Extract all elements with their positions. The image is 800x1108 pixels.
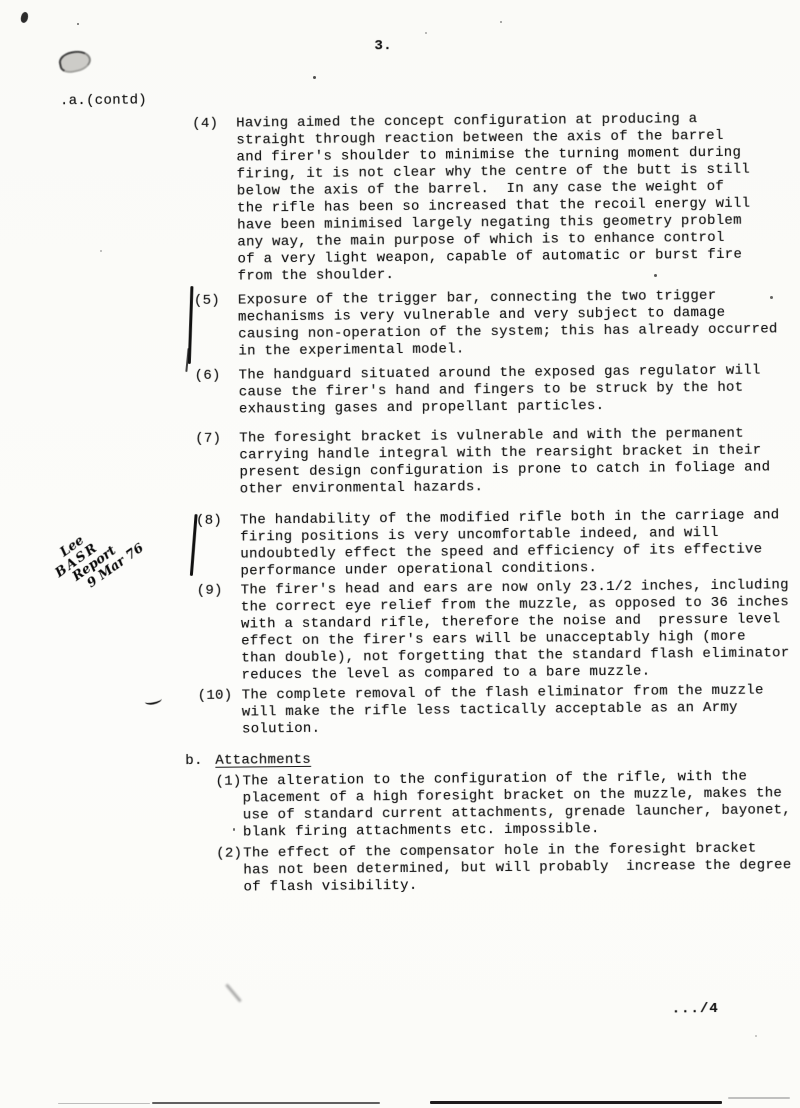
speckle: [313, 76, 316, 79]
paragraph-item-6: (6) The handguard situated around the ex…: [195, 363, 762, 419]
speckle: [654, 274, 657, 277]
speckle: [760, 581, 762, 583]
paragraph-item-7: (7) The foresight bracket is vulnerable …: [195, 425, 770, 499]
paragraph-item-b1: (1) The alteration to the configuration …: [215, 768, 791, 842]
scan-edge-line: [728, 1097, 790, 1099]
paragraph-item-9: (9) The firer's head and ears are now on…: [197, 577, 790, 685]
paragraph-text: The handguard situated around the expose…: [239, 363, 762, 419]
paragraph-number: (10): [198, 688, 242, 739]
scan-edge-line: [430, 1101, 722, 1104]
speckle: [233, 828, 235, 831]
scan-edge-line: [58, 1103, 150, 1104]
paragraph-number: (5): [194, 293, 239, 361]
paragraph-text: The firer's head and ears are now only 2…: [241, 577, 790, 684]
paragraph-item-b2: (2) The effect of the compensator hole i…: [216, 840, 792, 897]
paragraph-number: (8): [196, 513, 241, 581]
continuation-label: .a.(contd): [60, 92, 147, 110]
paragraph-item-4: (4) Having aimed the concept configurati…: [192, 111, 751, 286]
paragraph-item-5: (5) Exposure of the trigger bar, connect…: [194, 287, 778, 361]
speckle: [77, 23, 79, 25]
speckle: [755, 1035, 757, 1037]
paragraph-text: Exposure of the trigger bar, connecting …: [238, 287, 778, 360]
speckle: [100, 250, 102, 252]
paragraph-item-10: (10) The complete removal of the flash e…: [198, 683, 765, 739]
paragraph-item-8: (8) The handability of the modified rifl…: [196, 507, 780, 581]
speckle: [770, 296, 773, 299]
speckle: [425, 32, 427, 34]
paragraph-number: (2): [216, 846, 243, 897]
scan-edge-line: [152, 1102, 380, 1104]
paragraph-number: (4): [192, 116, 238, 286]
paragraph-text: Having aimed the concept configuration a…: [236, 111, 751, 286]
page-number: 3.: [374, 38, 392, 55]
paragraph-number: (7): [195, 431, 240, 499]
paragraph-text: The handability of the modified rifle bo…: [240, 507, 780, 580]
handwritten-note: Lee BASR Report 9 Mar 76: [37, 500, 158, 608]
paragraph-number: (1): [215, 774, 243, 842]
speckle: [500, 21, 502, 23]
section-b-heading: b. Attachments: [185, 752, 311, 770]
paragraph-text: The complete removal of the flash elimin…: [242, 683, 765, 739]
typed-page-content: 3. .a.(contd) (4) Having aimed the conce…: [0, 0, 800, 1108]
footer-page-ref: .../4: [672, 1001, 719, 1018]
handwritten-check-mark: [144, 695, 162, 706]
section-label: b.: [185, 753, 215, 770]
paragraph-text: The effect of the compensator hole in th…: [243, 840, 792, 896]
paragraph-text: The alteration to the configuration of t…: [242, 768, 791, 841]
paragraph-text: The foresight bracket is vulnerable and …: [239, 425, 770, 498]
section-title: Attachments: [215, 752, 311, 770]
paragraph-number: (6): [195, 368, 239, 419]
paragraph-number: (9): [197, 583, 242, 685]
